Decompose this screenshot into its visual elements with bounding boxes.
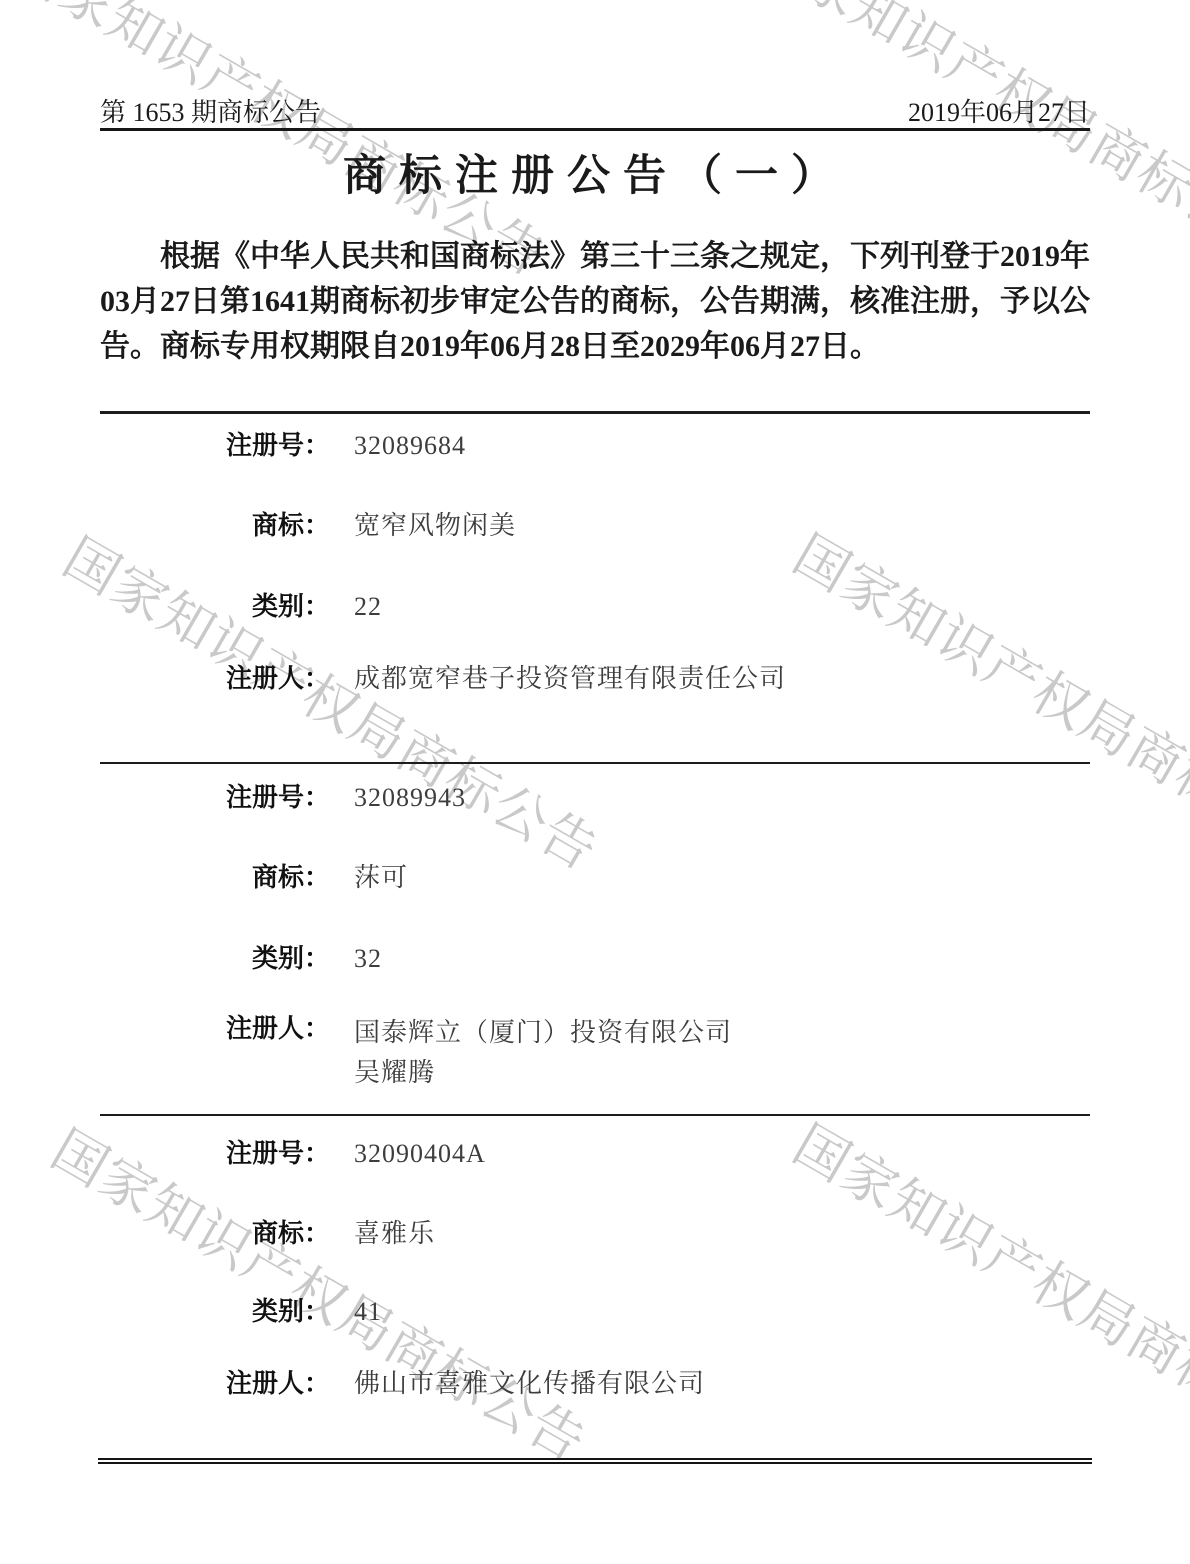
field-label-registrant: 注册人： [100, 1368, 330, 1399]
field-value-class: 32 [354, 943, 382, 974]
field-label-reg-no: 注册号： [100, 1138, 330, 1169]
field-value-reg-no: 32090404A [354, 1138, 486, 1169]
field-label-registrant: 注册人： [100, 1013, 330, 1044]
field-label-reg-no: 注册号： [100, 430, 330, 461]
entry-row-reg-no: 注册号： 32089943 [100, 782, 466, 813]
gazette-issue: 第 1653 期商标公告 [100, 92, 321, 129]
entry-row-class: 类别： 32 [100, 943, 382, 974]
header-rule [100, 128, 1090, 131]
entry-row-class: 类别： 22 [100, 591, 382, 622]
entry-row-class: 类别： 41 [100, 1296, 382, 1327]
watermark-text: 国家知识产权局商标公告 [52, 516, 614, 885]
bottom-rule [98, 1458, 1092, 1464]
field-label-class: 类别： [100, 591, 330, 622]
entry-row-trademark: 商标： 莯可 [100, 862, 408, 893]
entry-row-trademark: 商标： 喜雅乐 [100, 1218, 435, 1249]
field-value-registrant: 成都宽窄巷子投资管理有限责任公司 [354, 663, 786, 694]
entry-row-registrant: 注册人： 国泰辉立（厦门）投资有限公司 吴耀腾 [100, 1013, 732, 1093]
field-value-registrant: 佛山市喜雅文化传播有限公司 [354, 1368, 705, 1399]
entry-divider [100, 762, 1090, 764]
field-value-trademark: 喜雅乐 [354, 1218, 435, 1249]
watermark-text: 国家知识产权局商标公告 [782, 1103, 1190, 1472]
field-value-reg-no: 32089943 [354, 782, 466, 813]
field-label-registrant: 注册人： [100, 663, 330, 694]
page-title: 商标注册公告（一） [0, 142, 1190, 203]
field-label-trademark: 商标： [100, 1218, 330, 1249]
entry-row-registrant: 注册人： 成都宽窄巷子投资管理有限责任公司 [100, 663, 786, 694]
gazette-date: 2019年06月27日 [908, 92, 1090, 129]
field-value-trademark: 宽窄风物闲美 [354, 510, 516, 541]
field-value-trademark: 莯可 [354, 862, 408, 893]
entry-divider [100, 1114, 1090, 1116]
field-value-class: 22 [354, 591, 382, 622]
entry-row-trademark: 商标： 宽窄风物闲美 [100, 510, 516, 541]
intro-paragraph: 根据《中华人民共和国商标法》第三十三条之规定，下列刊登于2019年03月27日第… [100, 234, 1090, 369]
field-label-reg-no: 注册号： [100, 782, 330, 813]
field-value-class: 41 [354, 1296, 382, 1327]
field-label-trademark: 商标： [100, 862, 330, 893]
watermark-text: 国家知识产权局商标公告 [782, 513, 1190, 882]
page-header: 第 1653 期商标公告 2019年06月27日 [100, 92, 1090, 129]
field-value-registrant: 国泰辉立（厦门）投资有限公司 吴耀腾 [354, 1013, 732, 1093]
entry-row-reg-no: 注册号： 32089684 [100, 430, 466, 461]
entry-row-registrant: 注册人： 佛山市喜雅文化传播有限公司 [100, 1368, 705, 1399]
field-label-class: 类别： [100, 943, 330, 974]
trademark-gazette-page: 国家知识产权局商标公告 国家知识产权局商标公告 国家知识产权局商标公告 国家知识… [0, 0, 1190, 1564]
entry-divider [100, 411, 1090, 414]
field-label-trademark: 商标： [100, 510, 330, 541]
entry-row-reg-no: 注册号： 32090404A [100, 1138, 486, 1169]
field-label-class: 类别： [100, 1296, 330, 1327]
field-value-reg-no: 32089684 [354, 430, 466, 461]
